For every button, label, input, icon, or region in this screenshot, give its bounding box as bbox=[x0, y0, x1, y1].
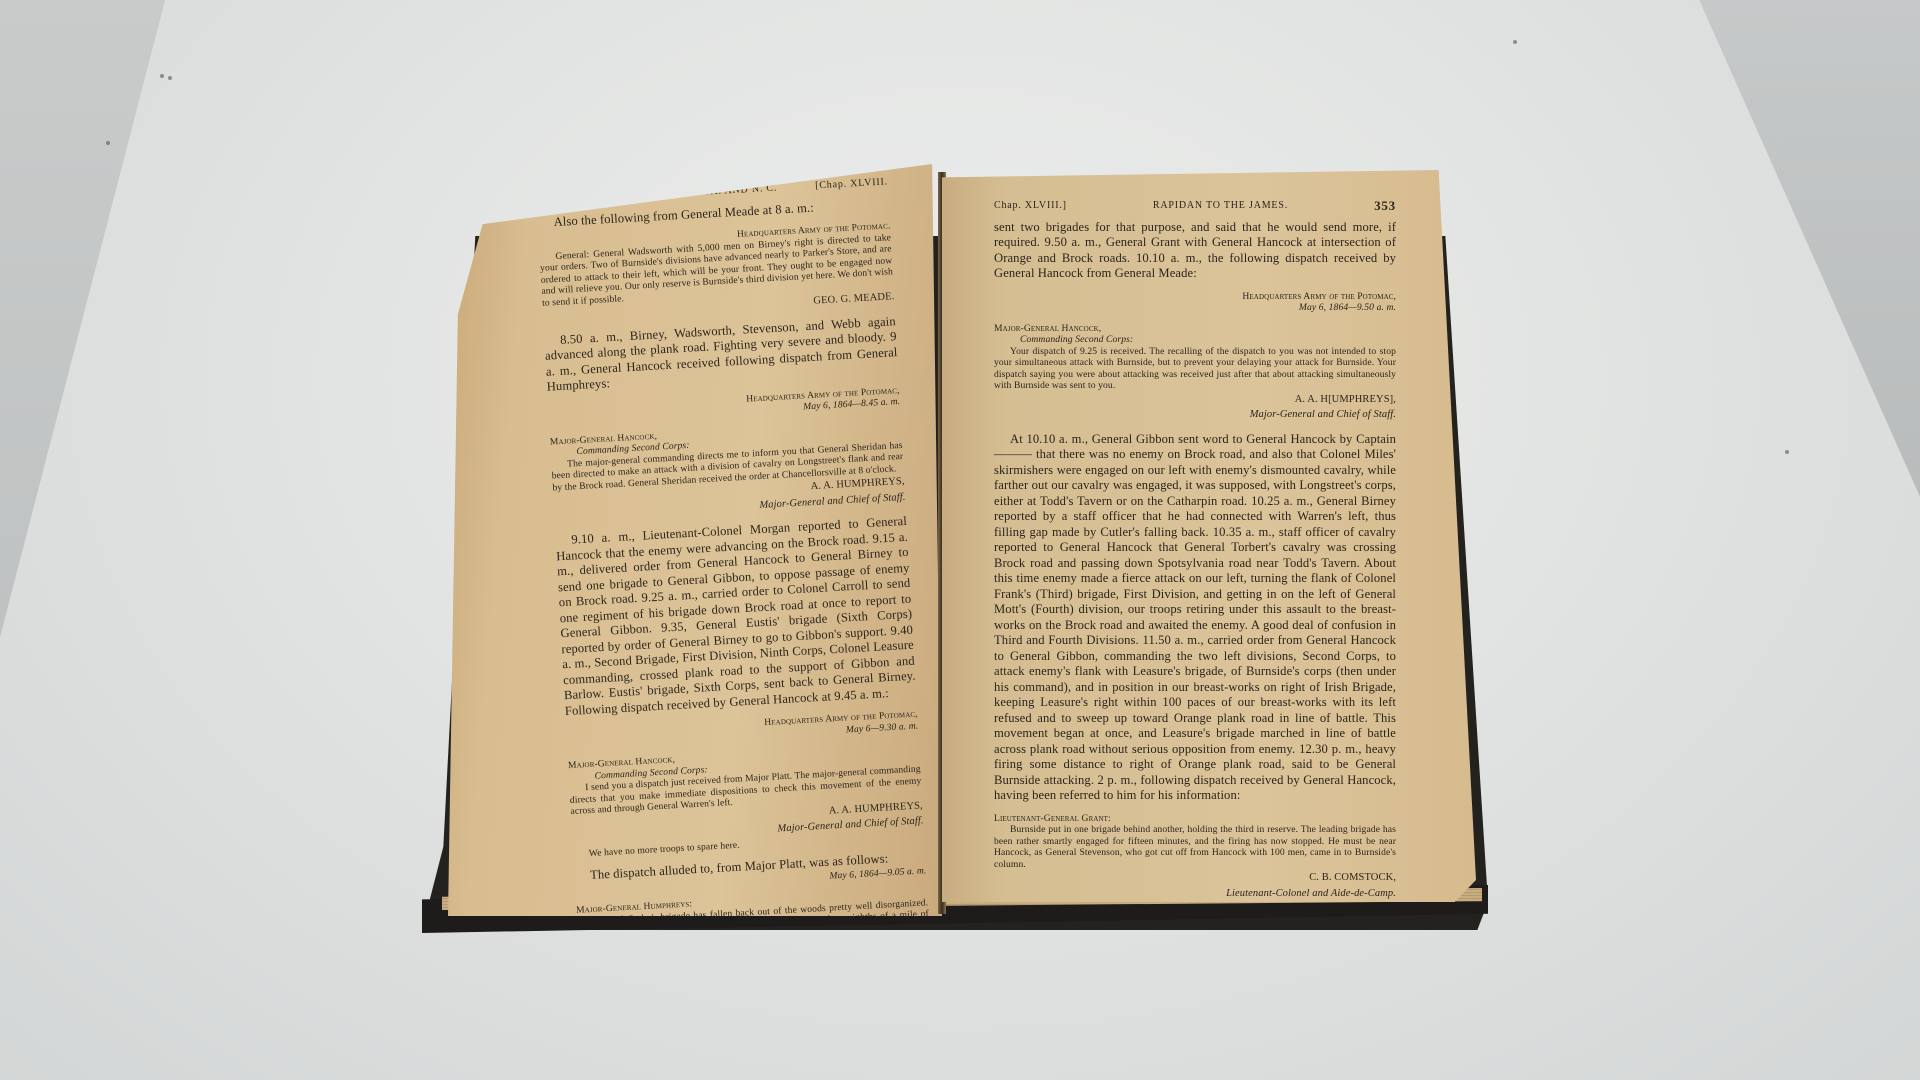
dispatch-text: Burnside put in one brigade behind anoth… bbox=[994, 824, 1396, 870]
right-page-content: Chap. XLVIII.] RAPIDAN TO THE JAMES. 353… bbox=[994, 198, 1396, 902]
dispatch-signature-title: Lieutenant-Colonel and Aide-de-Camp. bbox=[994, 886, 1396, 902]
dispatch-text: Your dispatch of 9.25 is received. The r… bbox=[994, 346, 1396, 392]
dispatch-addressee: Major-General Hancock, bbox=[994, 323, 1396, 335]
page-number: 353 bbox=[1374, 198, 1396, 214]
spacer bbox=[994, 282, 1396, 291]
chapter-label: Chap. XLVIII.] bbox=[994, 198, 1067, 214]
paragraph: 9.10 a. m., Lieutenant-Colonel Morgan re… bbox=[555, 514, 917, 719]
dust-speck bbox=[160, 74, 164, 78]
dispatch-signature: C. B. COMSTOCK, bbox=[994, 870, 1396, 886]
dispatch-signature-title: Major-General and Chief of Staff. bbox=[994, 407, 1396, 423]
dispatch-signature: A. A. H[UMPHREYS], bbox=[994, 392, 1396, 408]
spacer bbox=[994, 314, 1396, 323]
photo-scene: 352 OPERATIONS IN SE. VA. AND N. C. [Cha… bbox=[0, 0, 1920, 1080]
dispatch-heading: Headquarters Army of the Potomac, bbox=[994, 291, 1396, 303]
spacer bbox=[994, 901, 1396, 902]
spacer bbox=[994, 423, 1396, 432]
left-page-body: Also the following from General Meade at… bbox=[537, 196, 935, 916]
right-page-body: sent two brigades for that purpose, and … bbox=[994, 220, 1396, 903]
running-head: RAPIDAN TO THE JAMES. bbox=[1153, 198, 1288, 214]
dispatch-addressee: Lieutenant-General Grant: bbox=[994, 813, 1396, 825]
dust-speck bbox=[106, 141, 110, 145]
left-page: 352 OPERATIONS IN SE. VA. AND N. C. [Cha… bbox=[448, 164, 942, 916]
dust-speck bbox=[168, 76, 172, 80]
left-page-content: 352 OPERATIONS IN SE. VA. AND N. C. [Cha… bbox=[536, 174, 935, 916]
dust-speck bbox=[1513, 40, 1517, 44]
paragraph: At 10.10 a. m., General Gibbon sent word… bbox=[994, 432, 1396, 804]
dust-speck bbox=[1785, 450, 1789, 454]
right-page: Chap. XLVIII.] RAPIDAN TO THE JAMES. 353… bbox=[942, 170, 1476, 902]
dispatch-date: May 6, 1864—9.50 a. m. bbox=[994, 302, 1396, 314]
right-page-header: Chap. XLVIII.] RAPIDAN TO THE JAMES. 353 bbox=[994, 198, 1396, 214]
spacer bbox=[994, 804, 1396, 813]
dispatch-addressee-title: Commanding Second Corps: bbox=[994, 334, 1396, 346]
paragraph: sent two brigades for that purpose, and … bbox=[994, 220, 1396, 282]
